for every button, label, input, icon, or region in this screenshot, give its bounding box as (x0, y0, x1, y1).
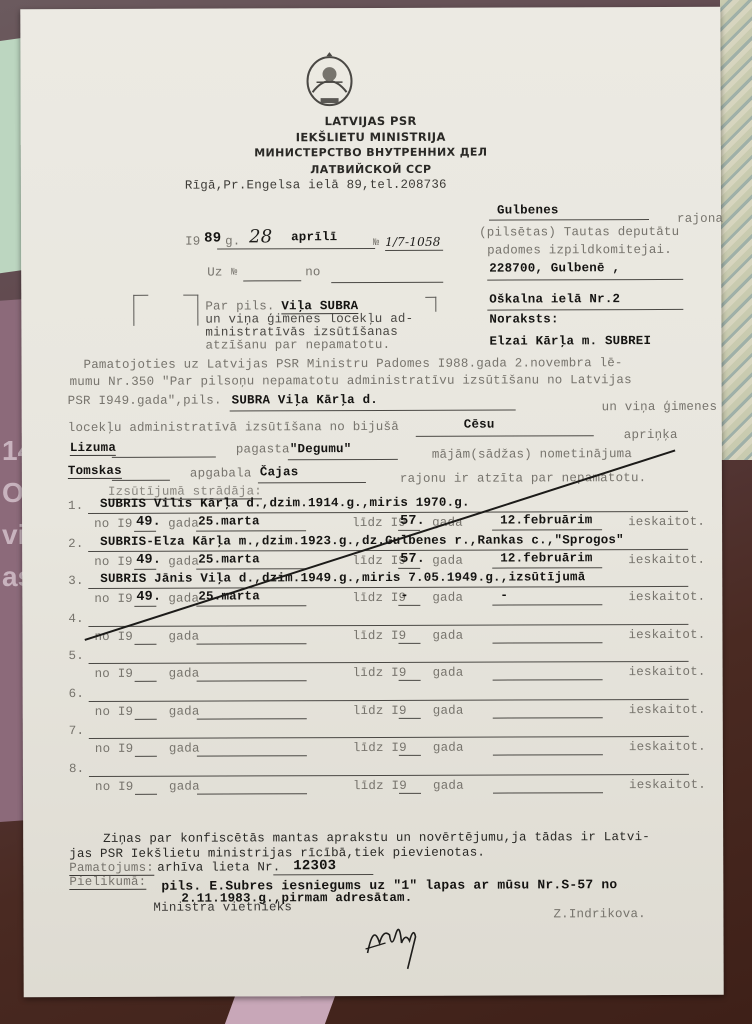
recipient-line-3: padomes izpildkomitejai. (487, 243, 672, 258)
gada-label: gada (432, 629, 463, 643)
inclusive-label: ieskaitot. (629, 740, 706, 754)
fill-line (399, 755, 421, 756)
parish: Lizuma (70, 441, 116, 456)
basis-text: arhīva lieta Nr. (157, 860, 280, 874)
attachment-label: Pielikumā: (69, 875, 146, 890)
gada-label: gada (433, 666, 464, 680)
from-label: no I9 (94, 592, 133, 606)
subject-bracket-left (133, 295, 148, 326)
fill-line (196, 568, 306, 569)
fill-line (399, 680, 421, 681)
until-label: līdz I9 (352, 629, 406, 643)
recipient-rajon-label: rajona (677, 212, 723, 226)
fill-line (196, 530, 306, 531)
fill-line (197, 680, 307, 681)
fill-line (197, 718, 307, 719)
body-line-3-suffix: un viņa ģimenes (602, 400, 718, 414)
to-date: 12.februārim (500, 551, 592, 565)
ref-from-label: no (305, 265, 320, 279)
recipient-line-4: 228700, Gulbenē , (489, 261, 620, 275)
fill-line (493, 792, 603, 793)
person-details: SUBRIS Vilis Kārļa d.,dzim.1914.g.,miris… (100, 496, 470, 511)
county: Cēsu (464, 418, 495, 432)
year-prefix: I9 (185, 235, 200, 249)
from-label: no I9 (94, 630, 133, 644)
year: 89 (204, 231, 221, 247)
ref-label: Uz (207, 266, 222, 280)
from-date: 25.marta (198, 552, 260, 566)
inclusive-label: ieskaitot. (629, 703, 706, 717)
fill-line (88, 511, 688, 514)
fill-line (135, 719, 157, 720)
body-line-3-prefix: PSR I949.gada",pils. (68, 394, 222, 409)
gada-label: gada (433, 779, 464, 793)
month: aprīlī (291, 230, 337, 244)
gada-label: gada (168, 517, 199, 531)
fill-line (134, 644, 156, 645)
from-year: 49. (136, 590, 161, 605)
from-label: no I9 (94, 517, 133, 531)
person-details: SUBRIS-Elza Kārļa m.,dzim.1923.g.,dz.Gul… (100, 533, 624, 549)
person-number: 8. (69, 762, 84, 776)
fill-line (398, 568, 420, 569)
gada-label: gada (168, 630, 199, 644)
until-label: līdz I9 (352, 591, 406, 605)
fill-line (398, 643, 420, 644)
inclusive-label: ieskaitot. (628, 628, 705, 642)
latvian-ssr-emblem-icon (302, 52, 356, 108)
fill-line (135, 794, 157, 795)
fill-line (399, 793, 421, 794)
fill-line (134, 606, 156, 607)
person-number: 7. (69, 724, 84, 738)
house: "Degumu" (290, 442, 352, 456)
header-line-2: IEKŠLIETU MINISTRIJA (21, 129, 721, 145)
from-date: 25.marta (198, 514, 260, 528)
to-date: 12.februārim (500, 513, 592, 527)
gada-label: gada (168, 555, 199, 569)
body-line-1: Pamatojoties uz Latvijas PSR Ministru Pa… (83, 356, 622, 372)
fill-line (197, 793, 307, 794)
to-year: 57. (400, 514, 425, 529)
person-number: 1. (68, 499, 83, 513)
copy-label: Noraksts: (489, 312, 558, 326)
fill-line (134, 531, 156, 532)
until-label: līdz I9 (353, 741, 407, 755)
fill-line (493, 754, 603, 755)
to-date: - (500, 589, 508, 603)
fill-line (398, 605, 420, 606)
fill-line (197, 755, 307, 756)
header-line-4: ЛАТВИЙСКОЙ ССР (21, 162, 721, 177)
fill-line (89, 736, 689, 739)
year-g: g. (225, 234, 240, 248)
fill-line (492, 529, 602, 530)
until-label: līdz I9 (353, 779, 407, 793)
header-address: Rīgā,Pr.Engelsa ielā 89,tel.208736 (185, 178, 447, 193)
fill-line (135, 756, 157, 757)
fill-line (398, 530, 420, 531)
signature (363, 913, 423, 973)
to-year: 57. (400, 552, 425, 567)
body-line-4-suffix: apriņķa (624, 428, 678, 442)
fill-line (196, 643, 306, 644)
person-number: 6. (69, 687, 84, 701)
to-year: - (400, 589, 408, 604)
body-line-5-suffix: mājām(sādžas) nometinājuma (432, 447, 632, 462)
gada-label: gada (169, 780, 200, 794)
parish-label: pagasta (236, 442, 290, 456)
gada-label: gada (169, 667, 200, 681)
document-page: LATVIJAS PSR IEKŠLIETU MINISTRIJA МИНИСТ… (20, 7, 723, 997)
inclusive-label: ieskaitot. (628, 590, 705, 604)
ref-no-label: № (231, 267, 237, 278)
region-label: apgabala (190, 466, 252, 480)
typist-name: Z.Indrikova. (553, 907, 645, 921)
fill-line (89, 774, 689, 777)
person-number: 2. (68, 537, 83, 551)
subject-bracket-mid (183, 295, 198, 326)
from-label: no I9 (94, 555, 133, 569)
fill-line (399, 718, 421, 719)
exile-name: SUBRA Viļa Kārļa d. (232, 393, 378, 408)
header-line-3: МИНИСТЕРСТВО ВНУТРЕННИХ ДЕЛ (21, 145, 721, 160)
from-label: no I9 (95, 780, 134, 794)
body-line-2: mumu Nr.350 "Par pilsoņu nepamatotu admi… (70, 373, 632, 389)
fill-line (492, 642, 602, 643)
inclusive-label: ieskaitot. (629, 778, 706, 792)
handwritten-number: 1/7-1058 (385, 235, 441, 249)
person-details: SUBRIS Jānis Viļa d.,dzim.1949.g.,miris … (100, 570, 585, 586)
subject-line-4: atzīšanu par nepamatotu. (205, 338, 390, 353)
region: Tomskas (68, 464, 122, 479)
signer-title: Ministra vietnieks (153, 900, 292, 914)
until-label: līdz I9 (352, 554, 406, 568)
fill-line (89, 661, 689, 664)
confiscation-line-2: jas PSR Iekšlietu ministrijas rīcībā,tie… (69, 846, 485, 861)
confiscation-line-1: Ziņas par konfiscētās mantas aprakstu un… (103, 830, 650, 846)
inclusive-label: ieskaitot. (629, 665, 706, 679)
fill-line (196, 605, 306, 606)
fill-line (493, 717, 603, 718)
header-line-1: LATVIJAS PSR (21, 113, 721, 129)
copy-recipient: Elzai Kārļa m. SUBREI (489, 334, 651, 349)
recipient-rajon-name: Gulbenes (497, 203, 559, 217)
subject-bracket-right (425, 297, 436, 312)
fill-line (492, 567, 602, 568)
person-number: 3. (68, 574, 83, 588)
gada-label: gada (169, 742, 200, 756)
from-label: no I9 (95, 742, 134, 756)
from-year: 49. (136, 553, 161, 568)
number-label: № (373, 238, 379, 249)
person-number: 5. (69, 649, 84, 663)
gada-label: gada (169, 705, 200, 719)
fill-line (88, 549, 688, 552)
fill-line (88, 624, 688, 627)
from-label: no I9 (95, 705, 134, 719)
body-line-4-prefix: locekļu administratīvā izsūtīšana no bij… (68, 420, 399, 435)
gada-label: gada (433, 741, 464, 755)
gada-label: gada (432, 591, 463, 605)
fill-line (88, 586, 688, 589)
basis-label: Pamatojums: (69, 861, 154, 876)
inclusive-label: ieskaitot. (628, 553, 705, 567)
map-background (720, 0, 752, 460)
gada-label: gada (433, 704, 464, 718)
until-label: līdz I9 (352, 516, 406, 530)
recipient-line-2: (pilsētas) Tautas deputātu (479, 225, 679, 240)
person-number: 4. (68, 612, 83, 626)
handwritten-day: 28 (249, 226, 272, 247)
district: Čajas (260, 465, 299, 479)
body-line-6-suffix: rajonu ir atzīta par nepamatotu. (400, 471, 647, 486)
until-label: līdz I9 (353, 666, 407, 680)
fill-line (134, 569, 156, 570)
fill-line (135, 681, 157, 682)
until-label: līdz I9 (353, 704, 407, 718)
gada-label: gada (432, 554, 463, 568)
fill-line (89, 699, 689, 702)
from-year: 49. (136, 515, 161, 530)
recipient-line-5: Oškalna ielā Nr.2 (489, 292, 620, 306)
inclusive-label: ieskaitot. (628, 515, 705, 529)
archive-number: 12303 (293, 858, 336, 874)
fill-line (493, 679, 603, 680)
fill-line (492, 604, 602, 605)
from-label: no I9 (95, 667, 134, 681)
